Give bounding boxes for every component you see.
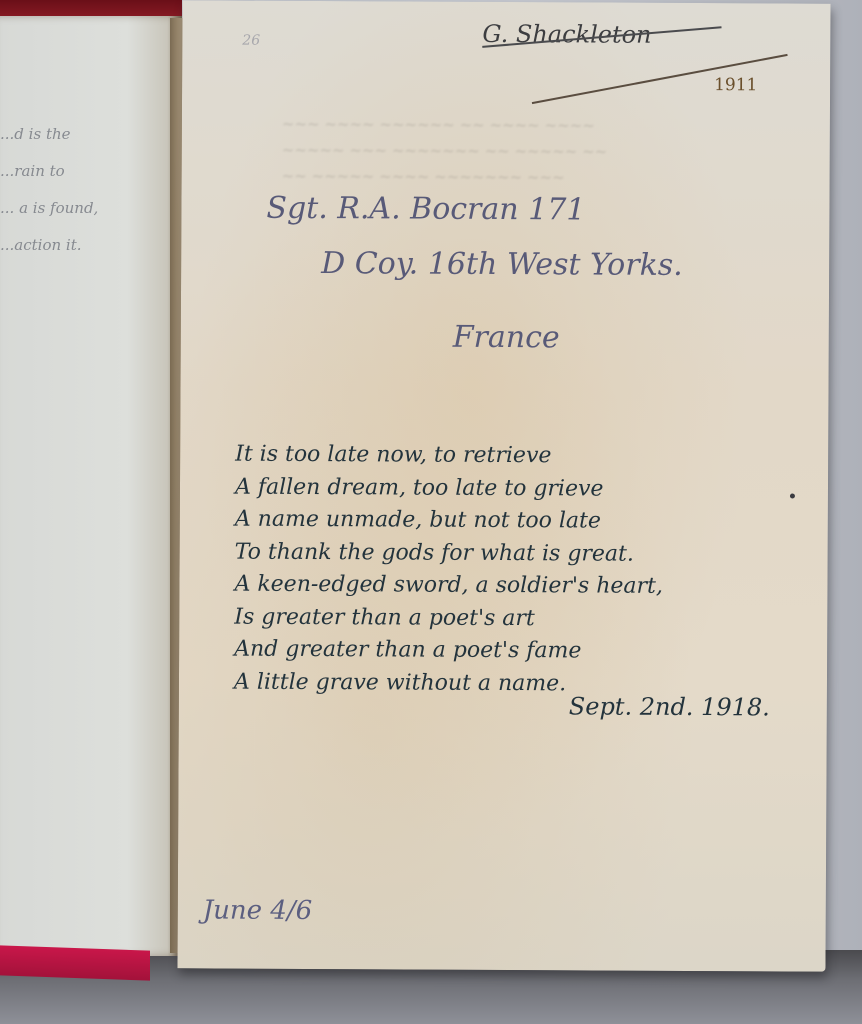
faint-line: ...action it. <box>0 227 170 264</box>
poem-line: It is too late now, to retrieve <box>235 439 805 474</box>
ink-spot <box>790 493 795 498</box>
page-number-pencil: 26 <box>242 33 260 49</box>
owner-year: 1911 <box>714 75 757 95</box>
poem-line: A keen-edged sword, a soldier's heart, <box>234 569 804 604</box>
poem-line: Is greater than a poet's art <box>234 601 804 636</box>
right-endpaper: 26 G. Shackleton 1911 ~~~ ~~~~ ~~~~~~ ~~… <box>177 0 830 971</box>
soldier-location: France <box>453 320 560 356</box>
handwritten-poem: It is too late now, to retrieve A fallen… <box>234 439 805 702</box>
soldier-name-rank: Sgt. R.A. Bocran 171 <box>266 191 585 228</box>
poem-line: A fallen dream, too late to grieve <box>235 471 805 506</box>
soldier-unit: D Coy. 16th West Yorks. <box>321 246 683 283</box>
faint-line: ...d is the <box>0 116 170 153</box>
poem-date: Sept. 2nd. 1918. <box>569 692 770 721</box>
faint-line: ...rain to <box>0 153 170 190</box>
poem-line: A name unmade, but not too late <box>235 504 805 539</box>
bottom-pencil-note: June 4/6 <box>203 895 313 926</box>
left-endpaper: ...d is the ...rain to ... a is found, .… <box>0 16 182 956</box>
left-page-faint-handwriting: ...d is the ...rain to ... a is found, .… <box>0 116 170 264</box>
book-cover-bottom-edge <box>0 945 150 980</box>
poem-line: To thank the gods for what is great. <box>235 536 805 571</box>
faint-line: ... a is found, <box>0 190 170 227</box>
poem-line: And greater than a poet's fame <box>234 634 804 669</box>
bleed-through-text: ~~~ ~~~~ ~~~~~~ ~~ ~~~~ ~~~~ ~~~~~ ~~~ ~… <box>282 111 742 191</box>
